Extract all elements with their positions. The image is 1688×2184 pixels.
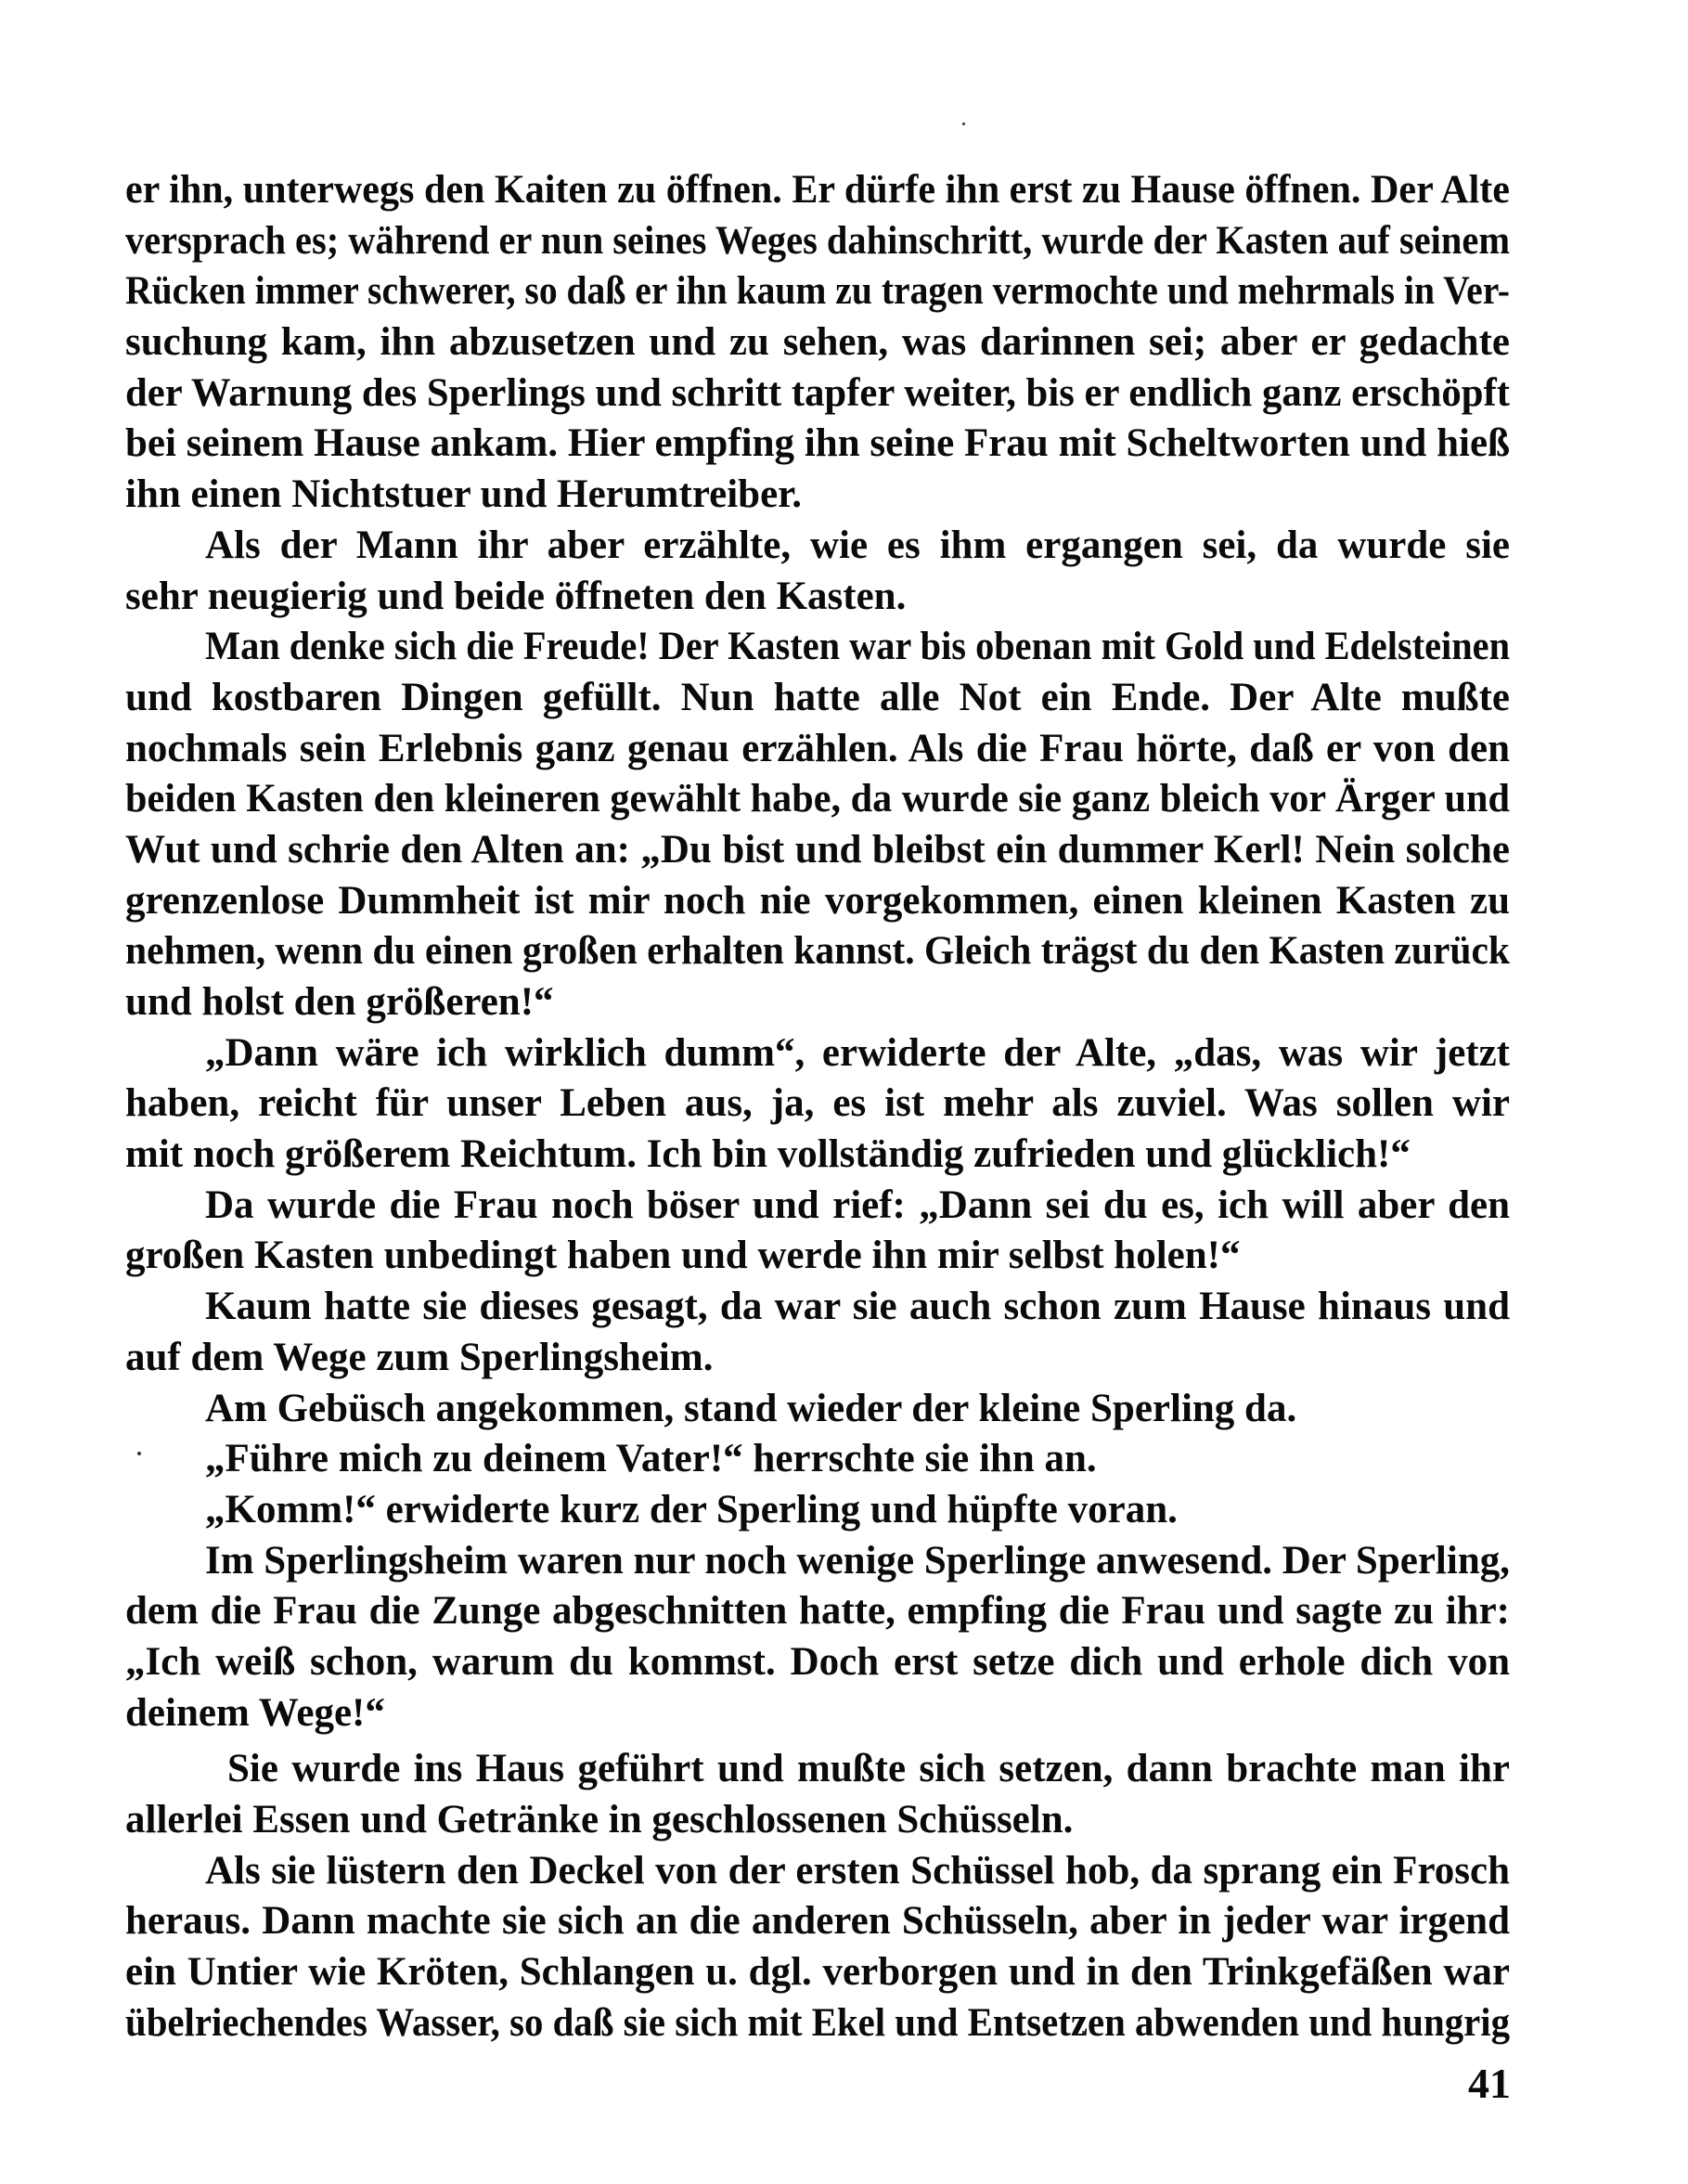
paragraph-start-line: Sie wurde ins Haus geführt und mußte sic… [125, 1744, 1510, 1795]
text-line: deinem Wege!“ [125, 1688, 1510, 1739]
text-line: beiden Kasten den kleineren gewählt habe… [125, 774, 1510, 825]
text-line: heraus. Dann machte sie sich an die ande… [125, 1896, 1510, 1947]
text-line: sehr neugierig und beide öffneten den Ka… [125, 572, 1510, 623]
paragraph-start-line: Als sie lüstern den Deckel von der erste… [125, 1846, 1510, 1897]
text-line: Wut und schrie den Alten an: „Du bist un… [125, 825, 1510, 876]
text-line: auf dem Wege zum Sperlingsheim. [125, 1333, 1510, 1384]
scan-speck [137, 1452, 141, 1455]
text-line: „Ich weiß schon, warum du kommst. Doch e… [125, 1637, 1510, 1688]
paragraph-start-line: Man denke sich die Freude! Der Kasten wa… [125, 622, 1510, 673]
scan-speck [962, 123, 965, 125]
paragraph-start-line: „Führe mich zu deinem Vater!“ herrschte … [125, 1434, 1510, 1485]
paragraph-start-line: Kaum hatte sie dieses gesagt, da war sie… [125, 1282, 1510, 1333]
paragraph-start-line: Am Gebüsch angekommen, stand wieder der … [125, 1384, 1510, 1435]
paragraph-start-line: Im Sperlingsheim waren nur noch wenige S… [125, 1536, 1510, 1587]
text-line: übelriechendes Wasser, so daß sie sich m… [125, 1998, 1510, 2049]
body-text: er ihn, unterwegs den Kaiten zu öffnen. … [125, 165, 1510, 2048]
text-line: großen Kasten unbedingt haben und werde … [125, 1231, 1510, 1282]
text-line: ein Untier wie Kröten, Schlangen u. dgl.… [125, 1947, 1510, 1998]
text-line: allerlei Essen und Getränke in geschloss… [125, 1795, 1510, 1846]
scan-speck [1082, 2031, 1085, 2034]
text-line: haben, reicht für unser Leben aus, ja, e… [125, 1079, 1510, 1130]
paragraph-start-line: „Komm!“ erwiderte kurz der Sperling und … [125, 1485, 1510, 1536]
text-line: grenzenlose Dummheit ist mir noch nie vo… [125, 876, 1510, 927]
paragraph-start-line: Als der Mann ihr aber erzählte, wie es i… [125, 521, 1510, 572]
text-line: mit noch größerem Reichtum. Ich bin voll… [125, 1130, 1510, 1181]
page-number: 41 [1463, 2059, 1511, 2108]
text-line: und kostbaren Dingen gefüllt. Nun hatte … [125, 673, 1510, 724]
book-page: er ihn, unterwegs den Kaiten zu öffnen. … [0, 0, 1688, 2184]
text-line: der Warnung des Sperlings und schritt ta… [125, 368, 1510, 420]
text-line: suchung kam, ihn abzusetzen und zu sehen… [125, 317, 1510, 368]
text-line: er ihn, unterwegs den Kaiten zu öffnen. … [125, 165, 1510, 216]
text-line: Rücken immer schwerer, so daß er ihn kau… [125, 266, 1510, 317]
text-line: versprach es; während er nun seines Wege… [125, 216, 1510, 267]
text-line: und holst den größeren!“ [125, 977, 1510, 1028]
text-line: ihn einen Nichtstuer und Herumtreiber. [125, 470, 1510, 521]
text-line: nochmals sein Erlebnis ganz genau erzähl… [125, 724, 1510, 775]
paragraph-start-line: „Dann wäre ich wirklich dumm“, erwiderte… [125, 1028, 1510, 1079]
text-line: dem die Frau die Zunge abgeschnitten hat… [125, 1586, 1510, 1637]
text-line: bei seinem Hause ankam. Hier empfing ihn… [125, 419, 1510, 470]
text-line: nehmen, wenn du einen großen erhalten ka… [125, 926, 1510, 977]
paragraph-start-line: Da wurde die Frau noch böser und rief: „… [125, 1181, 1510, 1232]
